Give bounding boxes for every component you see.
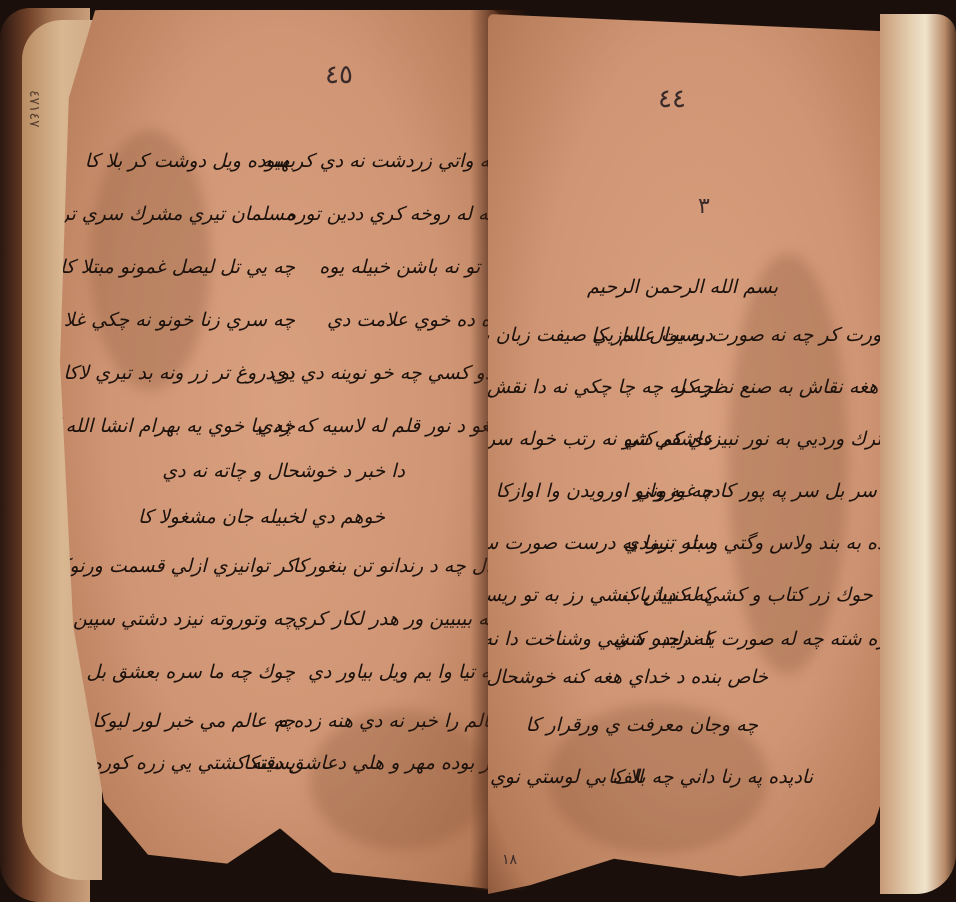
basmala-heading: بسم الله الرحمن الرحيم (587, 276, 778, 298)
bottom-margin-mark: ١٨ (502, 852, 517, 868)
spine-numbers: ٤٧١٤٧ (26, 90, 42, 128)
center-verse: خاص بنده د خداي هغه كنه خوشحال (486, 666, 768, 688)
center-verse: چه وجان معرفت ي ورقرار كا (526, 714, 758, 736)
center-verse: خوهم دي لخبيله جان مشغولا كا (138, 506, 385, 528)
verse-left-col: درست عالم يي صيفت زبان باركا (454, 324, 713, 346)
verse-right-col: چه بيبيين ور هدر لكار كري (292, 608, 500, 630)
leaf-stack-right (880, 14, 956, 894)
left-page: ٤٥ بهيوده ويل دوشت كر بلا كا مه واتي زرد… (60, 10, 500, 890)
verse-left-col: چه عالم مي خبر لور ليوكا (92, 710, 295, 732)
verse-right-col: عالم را خبر نه دي هنه زده م (276, 710, 500, 732)
verse-left-col: كر توانيزي ازلي قسمت ورنوكا (55, 555, 296, 577)
verse-right-col: هغو د نور قلم له لاسيه كه ژدي (258, 415, 500, 437)
center-verse: دا خبر د خوشحال و چاته نه دي (162, 460, 405, 482)
verse-right-col: وال چه د رندانو تن بنغوركا (293, 555, 500, 577)
manuscript-photo: ٤٧١٤٧ ٤٥ بهيوده ويل دوشت كر بلا كا مه وا… (0, 0, 956, 902)
verse-left-col: چه يي تل ليصل غمونو مبتلا كا (60, 256, 295, 278)
verse-left-col: يو دروغ تر زر ونه بد تيري لاكا (63, 362, 295, 384)
verse-right-col: مه واتي زردشت نه دي كر سه (262, 150, 500, 172)
folio-number: ٤٤ (658, 84, 686, 114)
verse-left-col: چه يه وانو اورويدن وا اوازكا (496, 480, 713, 502)
verse-left-col: چه سري زنا خونو نه چكي غلا كا (43, 309, 295, 331)
verse-right-col: بدو كسي چه خو نوينه دي دي (271, 362, 500, 384)
verse-right-col: چه له روخه كري ددين توره (286, 203, 500, 225)
secondary-folio-mark: ٣ (698, 194, 710, 219)
water-stain (728, 254, 848, 674)
right-page: ٤٤ ٣ بسم الله الرحمن الرحيم صورت كر چه ن… (488, 14, 908, 894)
verse-right-col: گر بوده مهر و هلي دعاشق دقتكا (243, 752, 500, 774)
folio-number: ٤٥ (325, 60, 353, 90)
